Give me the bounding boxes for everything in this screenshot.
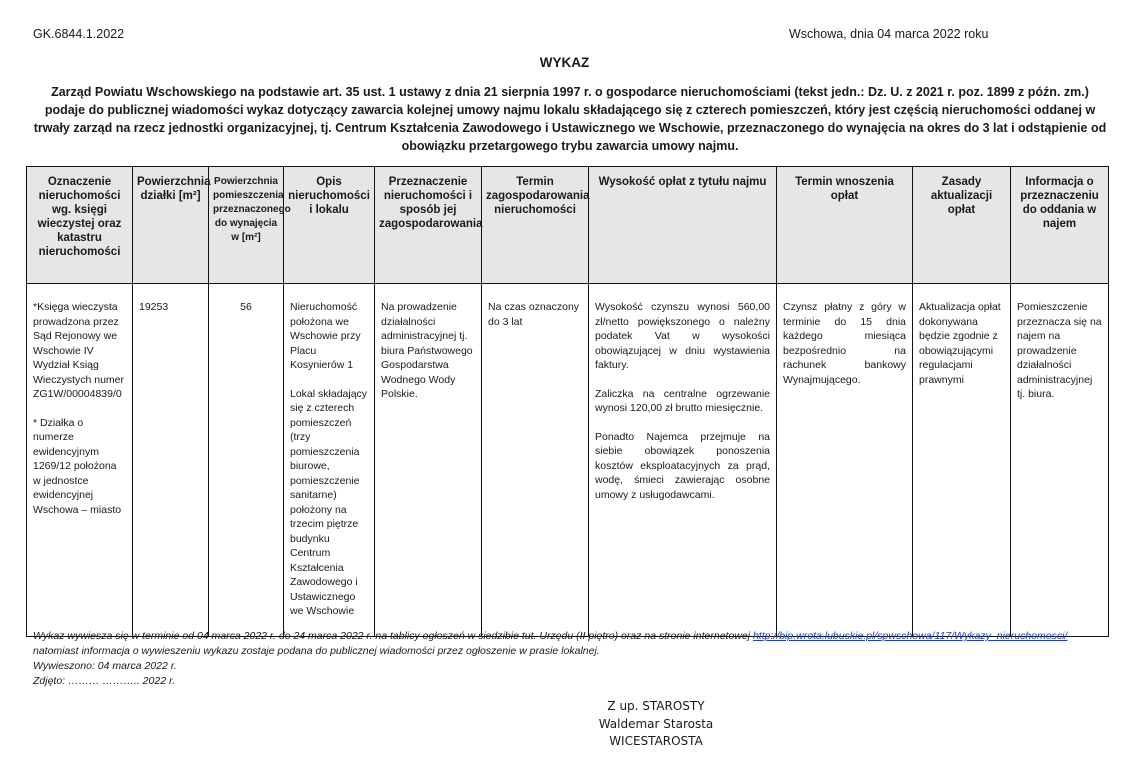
- cell-plot-area: 19253: [133, 284, 209, 637]
- posted-date: Wywieszono: 04 marca 2022 r.: [33, 659, 1067, 674]
- col-header-description: Opis nieruchomości i lokalu: [284, 167, 375, 284]
- document-title: WYKAZ: [0, 55, 1129, 70]
- signature-title: WICESTAROSTA: [596, 733, 716, 751]
- posting-line-2: natomiast informacja o wywieszeniu wykaz…: [33, 644, 1067, 659]
- col-header-payment-term: Termin wnoszenia opłat: [777, 167, 913, 284]
- cell-designation: *Księga wieczysta prowadzona przez Sąd R…: [27, 284, 133, 637]
- cell-development-term: Na czas oznaczony do 3 lat: [482, 284, 589, 637]
- heating-advance-text: Zaliczka na centralne ogrzewanie wynosi …: [595, 387, 770, 416]
- table-row: *Księga wieczysta prowadzona przez Sąd R…: [27, 284, 1109, 637]
- rent-text: Wysokość czynszu wynosi 560,00 zł/netto …: [595, 300, 770, 373]
- cell-fees: Wysokość czynszu wynosi 560,00 zł/netto …: [589, 284, 777, 637]
- premises-text: Lokal składający się z czterech pomieszc…: [290, 387, 368, 619]
- land-registry-text: *Księga wieczysta prowadzona przez Sąd R…: [33, 300, 126, 402]
- cell-room-area: 56: [209, 284, 284, 637]
- operating-costs-text: Ponadto Najemca przejmuje na siebie obow…: [595, 430, 770, 503]
- place-date: Wschowa, dnia 04 marca 2022 roku: [789, 27, 988, 41]
- col-header-purpose: Przeznaczenie nieruchomości i sposób jej…: [375, 167, 482, 284]
- cell-update-rules: Aktualizacja opłat dokonywana będzie zgo…: [913, 284, 1011, 637]
- location-text: Nieruchomość położona we Wschowie przy P…: [290, 300, 368, 373]
- col-header-room-area: Powierzchnia pomieszczenia przeznaczoneg…: [209, 167, 284, 284]
- removed-date: Zdjęto: ……… ……….. 2022 r.: [33, 674, 1067, 689]
- posting-line-1: Wykaz wywiesza się w terminie od 04 marc…: [33, 629, 1067, 644]
- signature-name: Waldemar Starosta: [596, 716, 716, 734]
- reference-number: GK.6844.1.2022: [33, 27, 124, 41]
- posting-period-text: Wykaz wywiesza się w terminie od 04 marc…: [33, 630, 753, 642]
- property-table: Oznaczenie nieruchomości wg. księgi wiec…: [26, 166, 1109, 637]
- table-header-row: Oznaczenie nieruchomości wg. księgi wiec…: [27, 167, 1109, 284]
- col-header-designation: Oznaczenie nieruchomości wg. księgi wiec…: [27, 167, 133, 284]
- cell-description: Nieruchomość położona we Wschowie przy P…: [284, 284, 375, 637]
- cell-payment-term: Czynsz płatny z góry w terminie do 15 dn…: [777, 284, 913, 637]
- col-header-fees: Wysokość opłat z tytułu najmu: [589, 167, 777, 284]
- col-header-plot-area: Powierzchnia działki [m²]: [133, 167, 209, 284]
- col-header-development-term: Termin zagospodarowania nieruchomości: [482, 167, 589, 284]
- col-header-update-rules: Zasady aktualizacji opłat: [913, 167, 1011, 284]
- cell-purpose: Na prowadzenie działalności administracy…: [375, 284, 482, 637]
- intro-paragraph: Zarząd Powiatu Wschowskiego na podstawie…: [30, 83, 1110, 155]
- col-header-rental-info: Informacja o przeznaczeniu do oddania w …: [1011, 167, 1109, 284]
- signature-block: Z up. STAROSTY Waldemar Starosta WICESTA…: [596, 698, 716, 751]
- cell-rental-info: Pomieszczenie przeznacza się na najem na…: [1011, 284, 1109, 637]
- bip-link[interactable]: http://bip.wrota.lubuskie.pl/spwschowa/1…: [753, 630, 1067, 642]
- plot-number-text: * Działka o numerze ewidencyjnym 1269/12…: [33, 416, 126, 518]
- posting-notes: Wykaz wywiesza się w terminie od 04 marc…: [33, 629, 1067, 689]
- signature-authority: Z up. STAROSTY: [596, 698, 716, 716]
